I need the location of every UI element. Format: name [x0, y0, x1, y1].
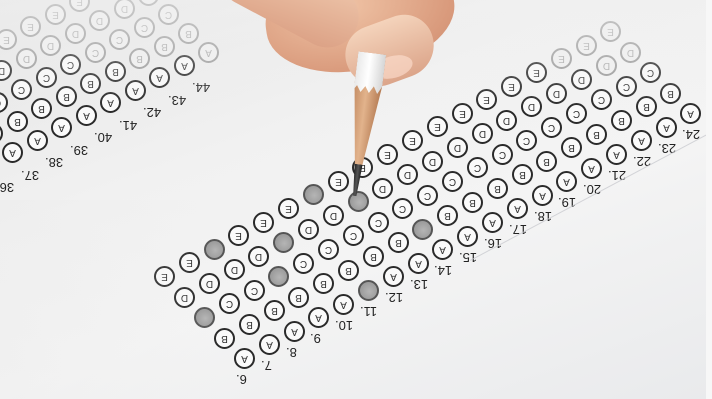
answer-bubble-e[interactable]: E — [501, 76, 522, 97]
answer-bubble-b[interactable]: B — [313, 273, 334, 294]
answer-bubble-d[interactable]: D — [447, 137, 468, 158]
question-number: 41. — [119, 118, 137, 133]
answer-bubble-d[interactable]: D — [521, 96, 542, 117]
answer-bubble-c[interactable]: C — [516, 130, 537, 151]
answer-bubble-c[interactable]: C — [158, 4, 179, 25]
answer-bubble-d[interactable]: D — [138, 0, 159, 6]
question-number: 12. — [385, 290, 403, 305]
answer-bubble-d[interactable]: D — [323, 205, 344, 226]
question-number: 14. — [434, 263, 452, 278]
answer-bubble-a[interactable]: A — [51, 117, 72, 138]
answer-bubble-b[interactable]: B — [264, 300, 285, 321]
answer-bubble-b[interactable]: B — [178, 23, 199, 44]
answer-bubble-b[interactable]: B — [462, 192, 483, 213]
answer-bubble-b[interactable]: B — [154, 36, 175, 57]
question-number: 37. — [21, 168, 39, 183]
answer-bubble-e[interactable]: E — [452, 103, 473, 124]
answer-bubble-e[interactable]: E — [253, 212, 274, 233]
question-number: 7. — [261, 358, 272, 373]
answer-bubble-d[interactable]: D — [65, 23, 86, 44]
answer-bubble-c[interactable]: C — [343, 225, 364, 246]
answer-bubble-e[interactable]: E — [377, 144, 398, 165]
question-number: 11. — [360, 304, 377, 319]
answer-bubble-e[interactable]: E — [0, 29, 17, 50]
answer-bubble-c[interactable]: C — [318, 239, 339, 260]
answer-bubble-c[interactable]: C — [368, 212, 389, 233]
answer-bubble-d[interactable]: D — [89, 10, 110, 31]
answer-bubble-a[interactable]: A — [680, 103, 701, 124]
answer-bubble-a[interactable]: A — [532, 185, 553, 206]
answer-bubble-a[interactable]: A — [308, 307, 329, 328]
answer-bubble-d[interactable]: D — [571, 69, 592, 90]
answer-bubble-d[interactable]: D — [0, 60, 12, 81]
answer-bubble-a[interactable]: A — [581, 158, 602, 179]
answer-bubble-d[interactable]: D — [422, 151, 443, 172]
answer-bubble-b[interactable]: B — [412, 219, 433, 240]
answer-bubble-c[interactable]: C — [109, 29, 130, 50]
answer-bubble-e[interactable]: E — [69, 0, 90, 12]
answer-bubble-a[interactable]: A — [27, 130, 48, 151]
answer-bubble-d[interactable]: D — [224, 259, 245, 280]
answer-bubble-b[interactable]: B — [0, 123, 3, 144]
question-number: 6. — [236, 372, 247, 387]
answer-bubble-b[interactable]: B — [338, 260, 359, 281]
answer-bubble-e[interactable]: E — [476, 89, 497, 110]
answer-bubble-d[interactable]: D — [114, 0, 135, 19]
answer-bubble-a[interactable]: A — [149, 67, 170, 88]
answer-bubble-a[interactable]: A — [333, 294, 354, 315]
answer-bubble-a[interactable]: A — [383, 266, 404, 287]
question-number: 43. — [168, 93, 186, 108]
answer-bubble-b[interactable]: B — [105, 61, 126, 82]
answer-bubble-a[interactable]: A — [76, 105, 97, 126]
answer-bubble-a[interactable]: A — [656, 117, 677, 138]
answer-bubble-b[interactable]: B — [611, 110, 632, 131]
question-number: 23. — [658, 141, 676, 156]
answer-bubble-b[interactable]: B — [7, 111, 28, 132]
answer-bubble-d[interactable]: D — [298, 219, 319, 240]
answer-bubble-c[interactable]: C — [616, 76, 637, 97]
question-number: 8. — [286, 345, 297, 360]
answer-bubble-d[interactable]: D — [16, 48, 37, 69]
answer-bubble-a[interactable]: A — [100, 92, 121, 113]
answer-bubble-c[interactable]: C — [11, 79, 32, 100]
answer-bubble-e[interactable]: E — [278, 198, 299, 219]
answer-bubble-a[interactable]: A — [631, 130, 652, 151]
answer-bubble-c[interactable]: C — [134, 17, 155, 38]
hand — [205, 0, 445, 145]
answer-bubble-b[interactable]: B — [561, 137, 582, 158]
answer-bubble-c[interactable]: C — [0, 92, 8, 113]
answer-bubble-e[interactable]: E — [526, 62, 547, 83]
answer-bubble-b[interactable]: B — [80, 73, 101, 94]
answer-bubble-c[interactable]: C — [268, 266, 289, 287]
answer-bubble-d[interactable]: D — [273, 232, 294, 253]
question-number: 42. — [143, 105, 161, 120]
answer-bubble-b[interactable]: B — [129, 48, 150, 69]
answer-bubble-c[interactable]: C — [244, 280, 265, 301]
answer-bubble-b[interactable]: B — [239, 314, 260, 335]
answer-bubble-e[interactable]: E — [20, 16, 41, 37]
answer-bubble-b[interactable]: B — [660, 83, 681, 104]
answer-bubble-a[interactable]: A — [432, 239, 453, 260]
answer-bubble-c[interactable]: C — [392, 198, 413, 219]
answer-bubble-a[interactable]: A — [507, 198, 528, 219]
answer-bubble-c[interactable]: C — [219, 293, 240, 314]
answer-bubble-a[interactable]: A — [259, 334, 280, 355]
question-number: 38. — [45, 155, 63, 170]
answer-bubble-d[interactable]: D — [397, 164, 418, 185]
answer-bubble-a[interactable]: A — [2, 142, 23, 163]
answer-bubble-e[interactable]: E — [154, 266, 175, 287]
answer-bubble-a[interactable]: A — [284, 321, 305, 342]
answer-bubble-b[interactable]: B — [288, 287, 309, 308]
answer-bubble-e[interactable]: E — [204, 239, 225, 260]
answer-bubble-d[interactable]: D — [248, 246, 269, 267]
answer-bubble-d[interactable]: D — [472, 123, 493, 144]
answer-bubble-d[interactable]: D — [496, 110, 517, 131]
answer-bubble-a[interactable]: A — [556, 171, 577, 192]
answer-bubble-e[interactable]: E — [303, 184, 324, 205]
answer-bubble-e[interactable]: E — [228, 225, 249, 246]
question-number: 10. — [335, 318, 353, 333]
answer-bubble-a[interactable]: A — [408, 253, 429, 274]
question-number: 40. — [94, 130, 112, 145]
answer-bubble-d[interactable]: D — [620, 42, 641, 63]
answer-bubble-d[interactable]: D — [40, 35, 61, 56]
answer-bubble-b[interactable]: B — [512, 164, 533, 185]
pencil-lead — [351, 164, 363, 197]
answer-bubble-c[interactable]: C — [194, 307, 215, 328]
answer-bubble-a[interactable]: A — [606, 144, 627, 165]
answer-bubble-b[interactable]: B — [636, 96, 657, 117]
answer-bubble-d[interactable]: D — [199, 273, 220, 294]
paper-edge — [706, 0, 712, 399]
answer-bubble-c[interactable]: C — [36, 67, 57, 88]
answer-bubble-c[interactable]: C — [640, 62, 661, 83]
answer-bubble-b[interactable]: B — [214, 328, 235, 349]
answer-bubble-e[interactable]: E — [576, 35, 597, 56]
answer-bubble-d[interactable]: D — [596, 55, 617, 76]
answer-sheet-photo: 6.ABCDE7.ABCDE8.ABCDE9.ABCDE10.ABCDE11.A… — [0, 0, 712, 399]
question-number: 9. — [310, 331, 321, 346]
question-number: 39. — [70, 143, 88, 158]
answer-bubble-c[interactable]: C — [60, 54, 81, 75]
answer-bubble-b[interactable]: B — [56, 86, 77, 107]
answer-bubble-b[interactable]: B — [363, 246, 384, 267]
answer-bubble-e[interactable]: E — [45, 4, 66, 25]
answer-bubble-a[interactable]: A — [125, 80, 146, 101]
answer-bubble-c[interactable]: C — [566, 103, 587, 124]
answer-bubble-d[interactable]: D — [174, 287, 195, 308]
answer-bubble-b[interactable]: B — [536, 151, 557, 172]
answer-bubble-c[interactable]: C — [293, 253, 314, 274]
answer-bubble-c[interactable]: C — [442, 171, 463, 192]
answer-bubble-a[interactable]: A — [234, 348, 255, 369]
answer-bubble-d[interactable]: D — [546, 83, 567, 104]
answer-bubble-a[interactable]: A — [358, 280, 379, 301]
answer-bubble-b[interactable]: B — [31, 98, 52, 119]
answer-bubble-d[interactable]: D — [372, 178, 393, 199]
answer-bubble-c[interactable]: C — [492, 144, 513, 165]
question-number: 13. — [410, 277, 428, 292]
answer-bubble-c[interactable]: C — [417, 185, 438, 206]
answer-bubble-e[interactable]: E — [600, 21, 621, 42]
answer-bubble-b[interactable]: B — [487, 178, 508, 199]
answer-bubble-b[interactable]: B — [437, 205, 458, 226]
answer-bubble-e[interactable]: E — [551, 48, 572, 69]
answer-bubble-c[interactable]: C — [467, 157, 488, 178]
answer-bubble-e[interactable]: E — [179, 252, 200, 273]
answer-bubble-c[interactable]: C — [591, 89, 612, 110]
answer-bubble-b[interactable]: B — [586, 124, 607, 145]
answer-bubble-c[interactable]: C — [85, 42, 106, 63]
answer-bubble-a[interactable]: A — [457, 226, 478, 247]
answer-bubble-a[interactable]: A — [174, 55, 195, 76]
answer-bubble-b[interactable]: B — [388, 232, 409, 253]
answer-bubble-a[interactable]: A — [482, 212, 503, 233]
answer-bubble-c[interactable]: C — [541, 117, 562, 138]
question-number: 36. — [0, 180, 14, 195]
